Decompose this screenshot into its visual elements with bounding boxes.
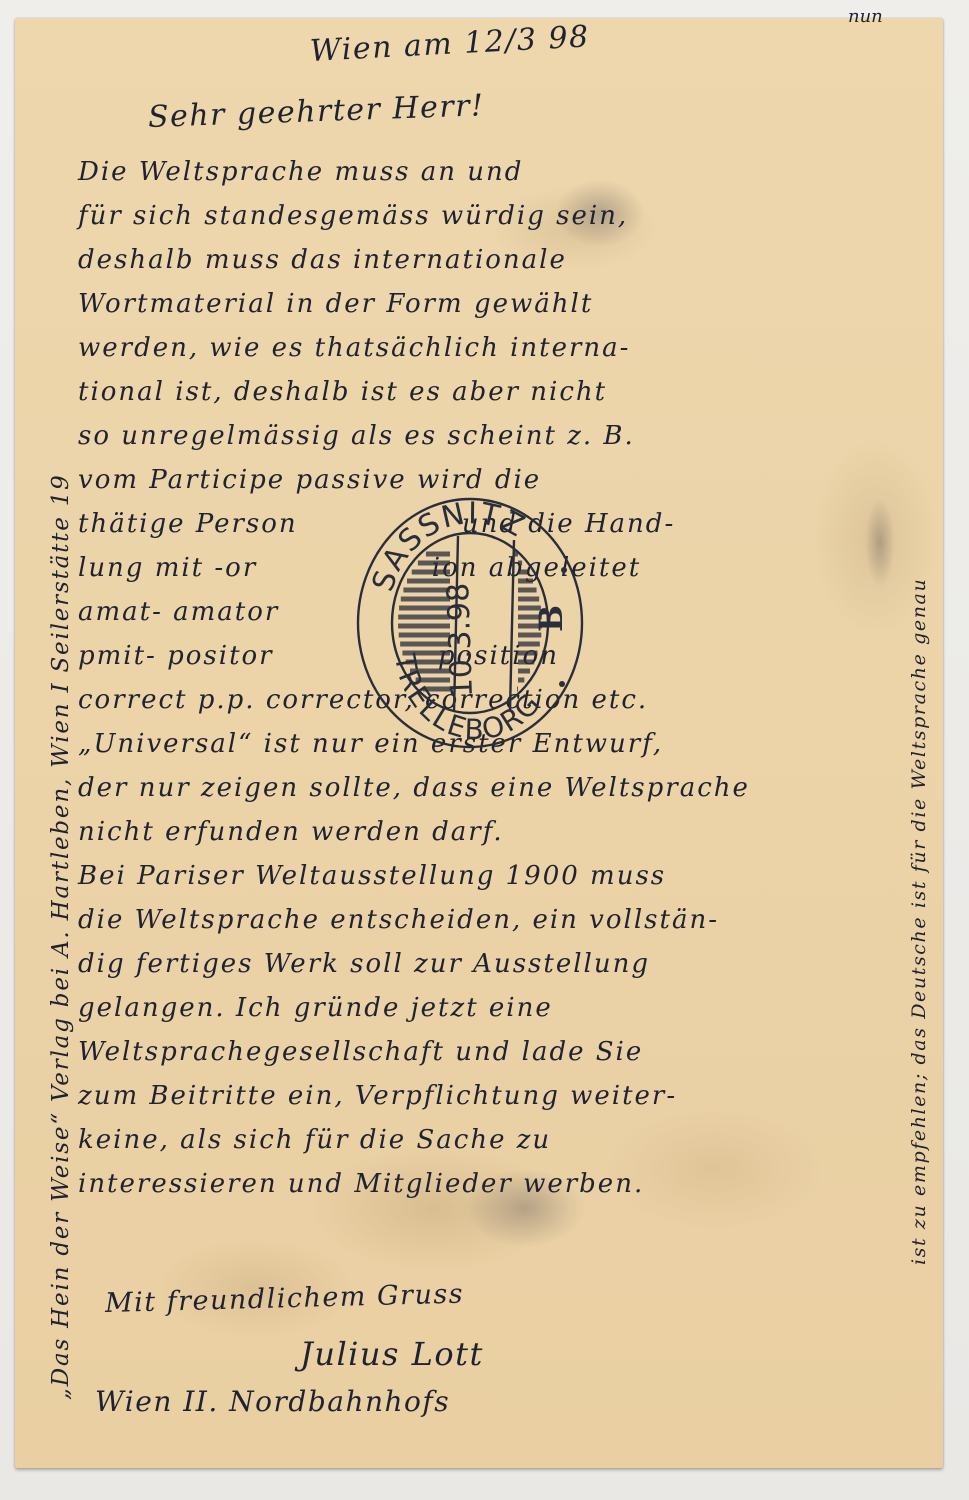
postmark-stamp: SASSNITZ TRELLEBORG- 10.3.98 B	[350, 492, 590, 754]
body-line: keine, als sich für die Sache zu	[78, 1118, 898, 1162]
body-line: gelangen. Ich gründe jetzt eine	[78, 986, 898, 1030]
postmark-letter: B	[532, 605, 570, 632]
body-line: Bei Pariser Weltausstellung 1900 muss	[78, 854, 898, 898]
body-line: werden, wie es thatsächlich interna-	[78, 326, 898, 370]
body-line: Die Weltsprache muss an und	[78, 150, 898, 194]
postmark-icon: SASSNITZ TRELLEBORG- 10.3.98 B	[350, 492, 590, 754]
body-line: die Weltsprache entscheiden, ein vollstä…	[78, 898, 898, 942]
body-line: Weltsprachegesellschaft und lade Sie	[78, 1030, 898, 1074]
postmark-date: 10.3.98	[441, 582, 480, 698]
right-margin-note: ist zu empfehlen; das Deutsche ist für d…	[908, 578, 930, 1265]
body-line: Wortmaterial in der Form gewählt	[78, 282, 898, 326]
body-line: deshalb muss das internationale	[78, 238, 898, 282]
signature: Julius Lott	[300, 1335, 484, 1373]
body-line: zum Beitritte ein, Verpflichtung weiter-	[78, 1074, 898, 1118]
body-line: der nur zeigen sollte, dass eine Weltspr…	[78, 766, 898, 810]
body-line: für sich standesgemäss würdig sein,	[78, 194, 898, 238]
sender-address: Wien II. Nordbahnhofs	[95, 1385, 450, 1418]
body-line: interessieren und Mitglieder werben.	[78, 1162, 898, 1206]
corner-mark: nun	[848, 6, 883, 27]
body-line: dig fertiges Werk soll zur Ausstellung	[78, 942, 898, 986]
body-line: nicht erfunden werden darf.	[78, 810, 898, 854]
body-line: tional ist, deshalb ist es aber nicht	[78, 370, 898, 414]
body-line: so unregelmässig als es scheint z. B.	[78, 414, 898, 458]
left-margin-note: „Das Hein der Weise“ Verlag bei A. Hartl…	[48, 473, 74, 1400]
